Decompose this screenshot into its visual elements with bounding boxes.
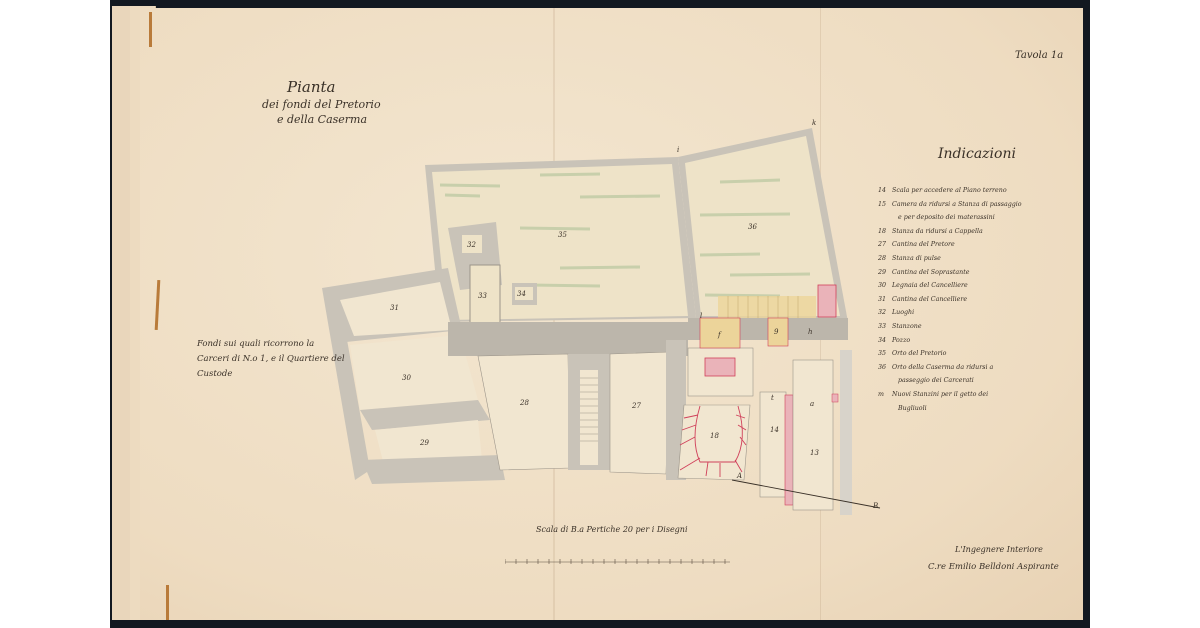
yellow-stairs (718, 296, 816, 318)
room-33-label: 33 (478, 292, 487, 300)
room-14-label: 14 (770, 426, 779, 434)
central-wall (448, 322, 688, 356)
legend-item: 31Cantina del Cancelliere (878, 293, 1078, 307)
point-a-label: a (810, 400, 814, 408)
legend-item: 15Camera da ridursi a Stanza di passaggi… (878, 198, 1078, 212)
legend-heading: Indicazioni (938, 146, 1016, 162)
room-36-label: 36 (748, 223, 757, 231)
room-32-label: 32 (467, 241, 476, 249)
legend-item: 35Orto del Pretorio (878, 347, 1078, 361)
legend-item: mNuovi Stanzini per il getto dei (878, 388, 1078, 402)
point-l-label: l (700, 312, 702, 320)
legend-item: 14Scala per accedere al Piano terreno (878, 184, 1078, 198)
legend-item: passeggio dei Carcerati (878, 374, 1078, 388)
legend-item: 30Legnaia del Cancelliere (878, 279, 1078, 293)
point-B-label: B (872, 502, 878, 510)
room-34-label: 34 (517, 290, 526, 298)
legend-item: e per deposito dei materassini (878, 211, 1078, 225)
legend-item: 18Stanza da ridursi a Cappella (878, 225, 1078, 239)
legend-item: 36Orto della Caserma da ridursi a (878, 361, 1078, 375)
point-i-label: i (677, 146, 679, 154)
room-13-label: 13 (810, 449, 819, 457)
signature-title: L'Ingegnere Interiore (955, 545, 1043, 554)
legend-item: 27Cantina del Pretore (878, 238, 1078, 252)
legend-list: 14Scala per accedere al Piano terreno 15… (878, 184, 1078, 415)
room-9-label: 9 (774, 328, 779, 336)
room-27-label: 27 (631, 402, 641, 410)
room-29-label: 29 (419, 439, 429, 447)
legend-item: 34Pozzo (878, 334, 1078, 348)
point-k-label: k (812, 119, 816, 127)
room-h-label: h (808, 328, 813, 336)
room-18-label: 18 (710, 432, 719, 440)
legend-item: 29Cantina del Soprastante (878, 266, 1078, 280)
legend-item: Bugliuoli (878, 402, 1078, 416)
scale-caption: Scala di B.a Pertiche 20 per i Disegni (536, 525, 688, 534)
new-closets (818, 285, 836, 317)
room-31-label: 31 (390, 304, 399, 312)
point-t-label: t (771, 394, 774, 402)
signature-name: C.re Emilio Belldoni Aspirante (928, 562, 1059, 572)
fondi-note: Fondi sui quali ricorrono la Carceri di … (197, 337, 347, 382)
scale-ruler (505, 556, 745, 566)
altar (705, 358, 735, 376)
room-28-label: 28 (519, 399, 529, 407)
room-30-label: 30 (402, 374, 411, 382)
legend-item: 33Stanzone (878, 320, 1078, 334)
legend-item: 32Luoghi (878, 306, 1078, 320)
room-35-label: 35 (558, 231, 567, 239)
legend-item: 28Stanza di pulse (878, 252, 1078, 266)
point-A-label: A (736, 472, 742, 480)
